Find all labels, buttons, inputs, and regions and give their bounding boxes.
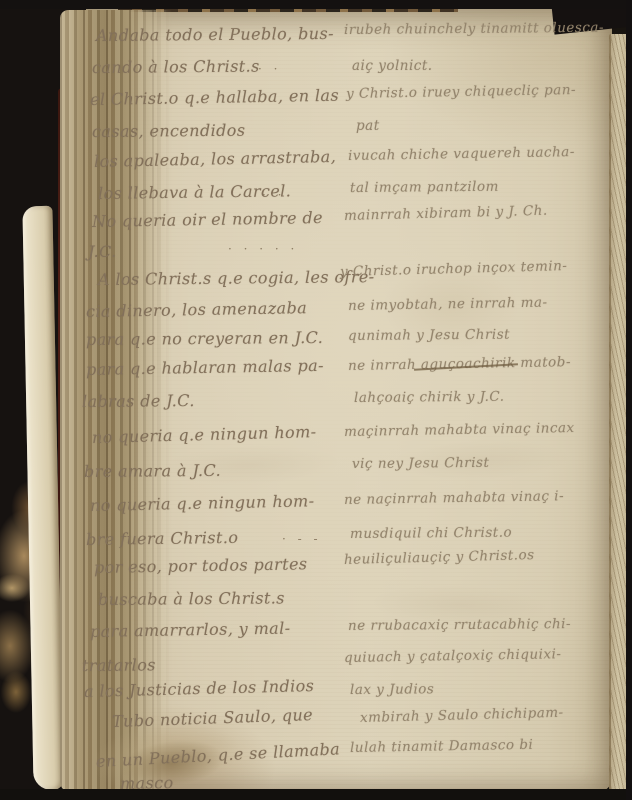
manuscript-line-left: cia dinero, los amenazaba (86, 298, 307, 321)
ink-dots: · · · · · (228, 242, 298, 256)
photo-border-bottom (0, 789, 632, 800)
manuscript-line-right: maçinrrah mahabta vinaç incax (344, 420, 575, 440)
manuscript-line-right: musdiquil chi Christ.o (350, 525, 512, 542)
manuscript-line-left: en un Pueblo, q.e se llamaba (96, 739, 341, 771)
manuscript-line-left: Tubo noticia Saulo, que (112, 705, 314, 731)
photo-border-top (0, 0, 632, 9)
manuscript-line-left: para q.e hablaran malas pa- (86, 356, 324, 379)
manuscript-line-right: aiç yolnict. (352, 58, 433, 74)
manuscript-line-right: ne rrubacaxiç rrutacabhiç chi- (348, 616, 571, 634)
manuscript-line-left: el Christ.o q.e hallaba, en las (90, 86, 339, 109)
manuscript-line-left: J.C. (88, 242, 117, 261)
manuscript-line-right: ne naçinrrah mahabta vinaç i- (344, 488, 564, 508)
ink-dots: · · (262, 188, 285, 202)
manuscript-photo: Andaba todo el Pueblo, bus- cando à los … (0, 0, 632, 800)
manuscript-line-left: A los Christ.s q.e cogia, les ofre- (98, 267, 375, 289)
manuscript-line-left: no queria q.e ningun hom- (90, 491, 315, 515)
manuscript-line-right: ivucah chiche vaquereh uacha- (348, 144, 575, 164)
manuscript-line-left: casas, encendidos (92, 121, 246, 141)
handwriting-layer: Andaba todo el Pueblo, bus- cando à los … (0, 0, 632, 800)
manuscript-line-right: irubeh chuinchely tinamitt oluesca- (344, 20, 604, 38)
manuscript-line-right: heuiliçuliauçiç y Christ.os (344, 547, 535, 568)
photo-border-right (626, 0, 632, 800)
manuscript-line-right: y Christ.o iruchop inçox temin- (340, 258, 568, 280)
manuscript-line-left: para q.e no creyeran en J.C. (86, 328, 323, 349)
manuscript-line-left: a los Justicias de los Indios (84, 676, 315, 701)
manuscript-line-right: quiuach y çatalçoxiç chiquixi- (344, 646, 562, 666)
manuscript-line-left: labras de J.C. (82, 391, 195, 411)
manuscript-line-right: ne imyobtah, ne inrrah ma- (348, 295, 548, 314)
manuscript-line-right: xmbirah y Saulo chichipam- (360, 705, 564, 726)
manuscript-line-left: no queria q.e ningun hom- (92, 422, 317, 447)
manuscript-line-right: pat (356, 118, 380, 134)
manuscript-line-right: viç ney Jesu Christ (352, 455, 490, 472)
manuscript-line-left: los apaleaba, los arrastraba, (94, 147, 337, 171)
manuscript-line-left: No queria oir el nombre de (92, 208, 323, 231)
manuscript-line-left: bre fuera Christ.o (86, 528, 239, 549)
manuscript-line-left: cando à los Christ.s (92, 57, 260, 77)
manuscript-line-right: y Christ.o iruey chiquecliç pan- (346, 82, 576, 102)
manuscript-line-left: buscaba à los Christ.s (98, 588, 285, 609)
manuscript-line-left: para amarrarlos, y mal- (90, 619, 291, 641)
manuscript-line-left: por eso, por todos partes (94, 554, 308, 577)
ink-dots: · - - (282, 532, 322, 546)
manuscript-line-left: tratarlos (82, 655, 156, 675)
manuscript-line-right: tal imçam pantzilom (350, 179, 499, 196)
manuscript-line-right: lahçoaiç chirik y J.C. (354, 389, 505, 406)
manuscript-line-right: ne inrrah aguçoachirik matob- (348, 354, 571, 374)
ink-dots: · · (258, 62, 281, 76)
manuscript-line-left: Andaba todo el Pueblo, bus- (96, 24, 334, 45)
manuscript-line-right: lulah tinamit Damasco bi (350, 737, 534, 756)
manuscript-line-right: lax y Judios (350, 681, 434, 698)
manuscript-line-right: mainrrah xibiram bi y J. Ch. (344, 203, 548, 224)
manuscript-line-left: bre amara à J.C. (84, 461, 221, 481)
manuscript-line-right: qunimah y Jesu Christ (348, 327, 510, 344)
